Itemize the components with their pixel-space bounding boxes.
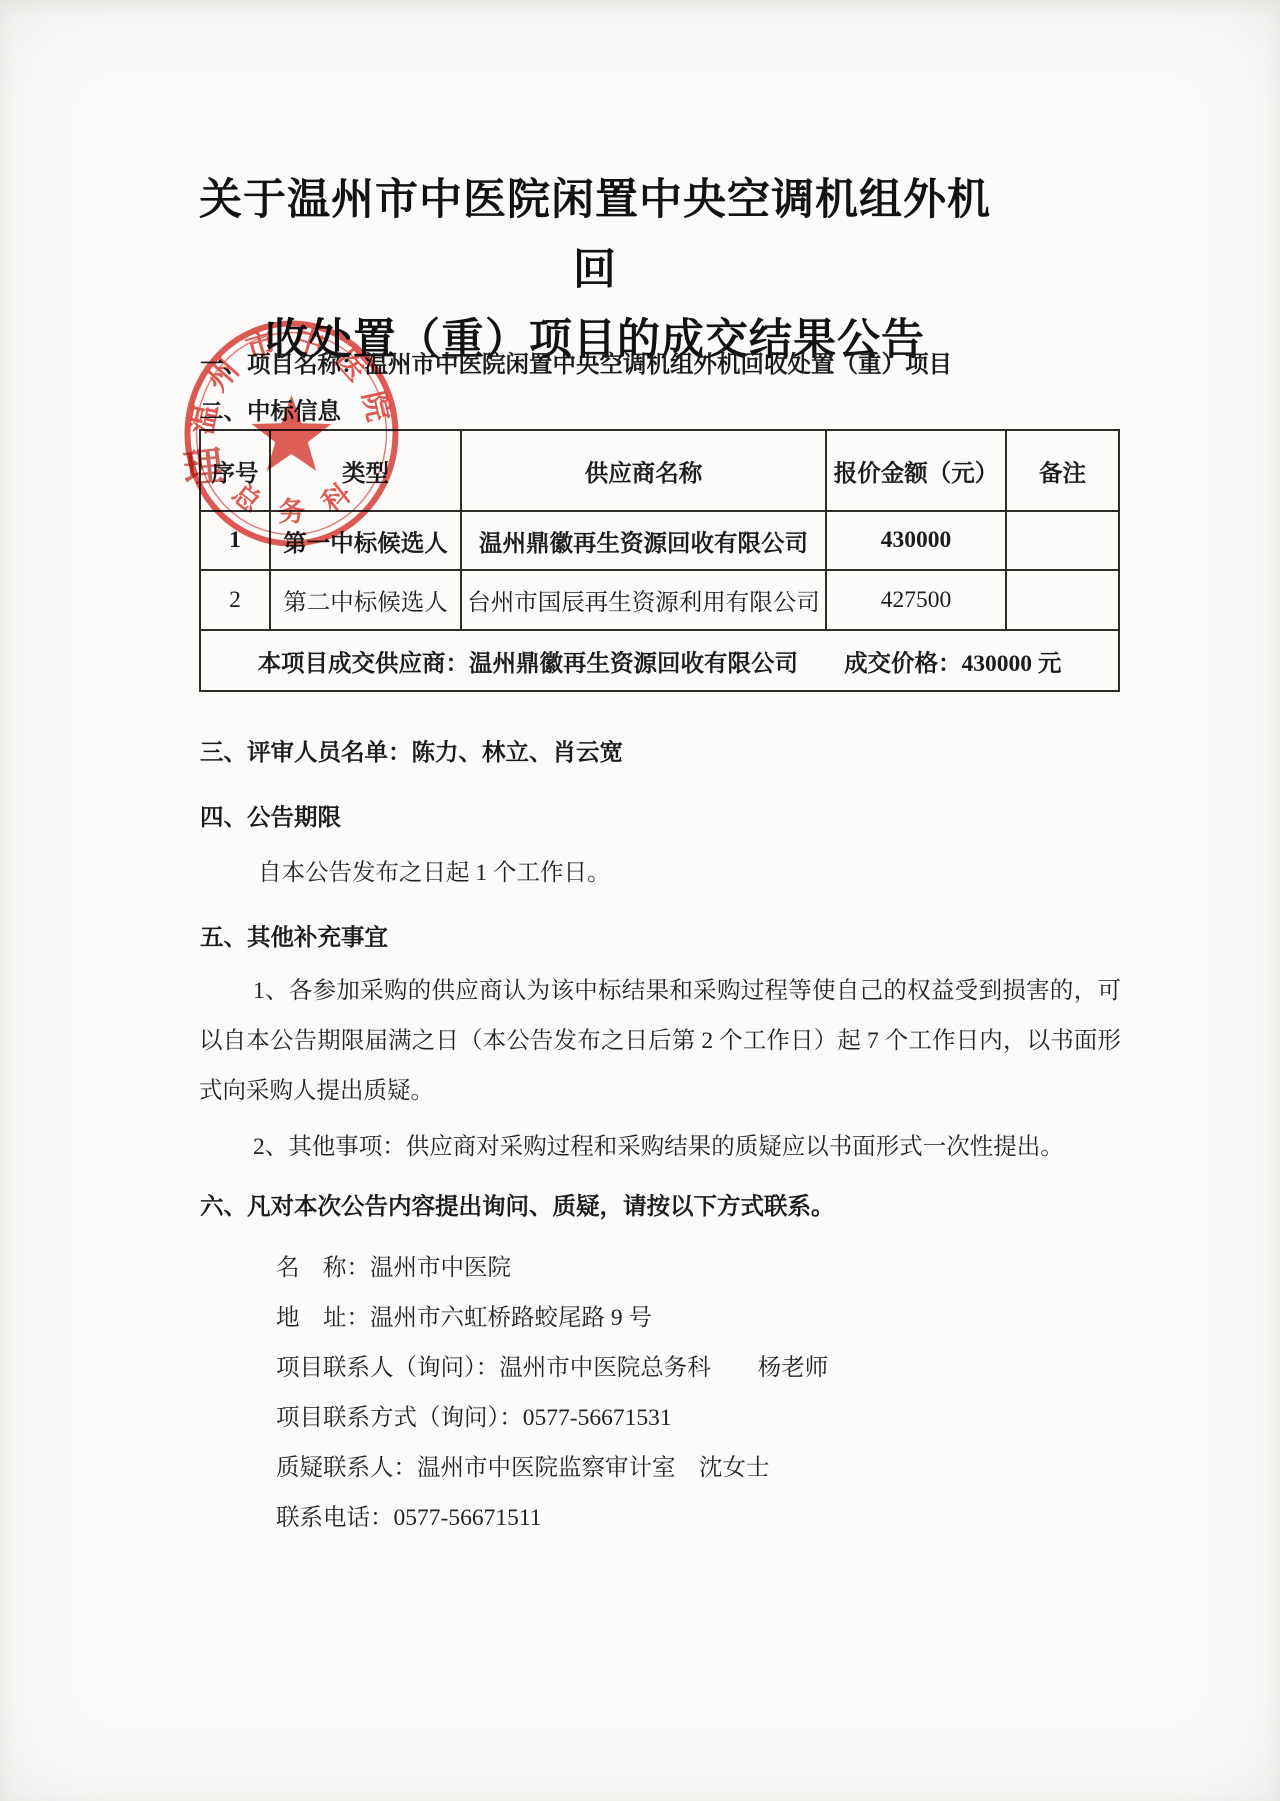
contact-block: 名 称：温州市中医院 地 址：温州市六虹桥路蛟尾路 9 号 项目联系人（询问）：… xyxy=(276,1243,828,1543)
contact-project-phone: 项目联系方式（询问）：0577-56671531 xyxy=(276,1393,828,1443)
cell-note xyxy=(1006,511,1119,570)
document-page: 关于温州市中医院闲置中央空调机组外机回 收处置（重）项目的成交结果公告 一、项目… xyxy=(0,0,1280,1801)
contact-name: 名 称：温州市中医院 xyxy=(276,1243,828,1293)
header-cell-note: 备注 xyxy=(1006,430,1119,511)
header-cell-price: 报价金额（元） xyxy=(826,430,1006,511)
cell-note xyxy=(1006,570,1119,630)
cell-supplier: 台州市国辰再生资源利用有限公司 xyxy=(461,570,826,630)
section-supplement-heading: 五、其他补充事宜 xyxy=(200,918,388,952)
table-header-row: 序号 类型 供应商名称 报价金额（元） 备注 xyxy=(200,430,1119,511)
header-cell-supplier: 供应商名称 xyxy=(461,430,826,511)
section-award-info-heading: 二、中标信息 xyxy=(200,392,341,426)
section-project-name: 一、项目名称：温州市中医院闲置中央空调机组外机回收处置（重）项目 xyxy=(200,345,952,379)
cell-price: 430000 xyxy=(826,511,1006,570)
cell-no: 2 xyxy=(200,570,270,630)
contact-address: 地 址：温州市六虹桥路蛟尾路 9 号 xyxy=(276,1293,828,1343)
contact-project-person: 项目联系人（询问）：温州市中医院总务科 杨老师 xyxy=(276,1343,828,1393)
document-title-line-1: 关于温州市中医院闲置中央空调机组外机回 xyxy=(180,166,1010,306)
notice-period-body: 自本公告发布之日起 1 个工作日。 xyxy=(258,853,611,887)
cell-type: 第二中标候选人 xyxy=(270,570,461,630)
summary-final-price: 成交价格：430000 元 xyxy=(844,651,1061,677)
summary-awarded-supplier: 本项目成交供应商：温州鼎徽再生资源回收有限公司 xyxy=(258,651,799,677)
cell-supplier: 温州鼎徽再生资源回收有限公司 xyxy=(461,511,826,570)
supplement-item-1: 1、各参加采购的供应商认为该中标结果和采购过程等使自己的权益受到损害的，可以自本… xyxy=(199,966,1121,1116)
award-table: 序号 类型 供应商名称 报价金额（元） 备注 1 第一中标候选人 温州鼎徽再生资… xyxy=(199,429,1120,692)
summary-cell: 本项目成交供应商：温州鼎徽再生资源回收有限公司成交价格：430000 元 xyxy=(200,630,1119,691)
table-summary-row: 本项目成交供应商：温州鼎徽再生资源回收有限公司成交价格：430000 元 xyxy=(200,630,1119,691)
cell-price: 427500 xyxy=(826,570,1006,630)
section-reviewers: 三、评审人员名单：陈力、林立、肖云宽 xyxy=(200,733,623,767)
section-notice-period-heading: 四、公告期限 xyxy=(200,798,341,832)
contact-challenge-person: 质疑联系人：温州市中医院监察审计室 沈女士 xyxy=(276,1443,828,1493)
table-row: 1 第一中标候选人 温州鼎徽再生资源回收有限公司 430000 xyxy=(200,511,1119,570)
cell-type: 第一中标候选人 xyxy=(270,511,461,570)
supplement-item-2: 2、其他事项：供应商对采购过程和采购结果的质疑应以书面形式一次性提出。 xyxy=(199,1122,1121,1172)
header-cell-no: 序号 xyxy=(200,430,270,511)
contact-challenge-phone: 联系电话：0577-56671511 xyxy=(276,1493,828,1543)
cell-no: 1 xyxy=(200,511,270,570)
table-row: 2 第二中标候选人 台州市国辰再生资源利用有限公司 427500 xyxy=(200,570,1119,630)
header-cell-type: 类型 xyxy=(270,430,461,511)
section-contact-heading: 六、凡对本次公告内容提出询问、质疑，请按以下方式联系。 xyxy=(200,1187,835,1221)
